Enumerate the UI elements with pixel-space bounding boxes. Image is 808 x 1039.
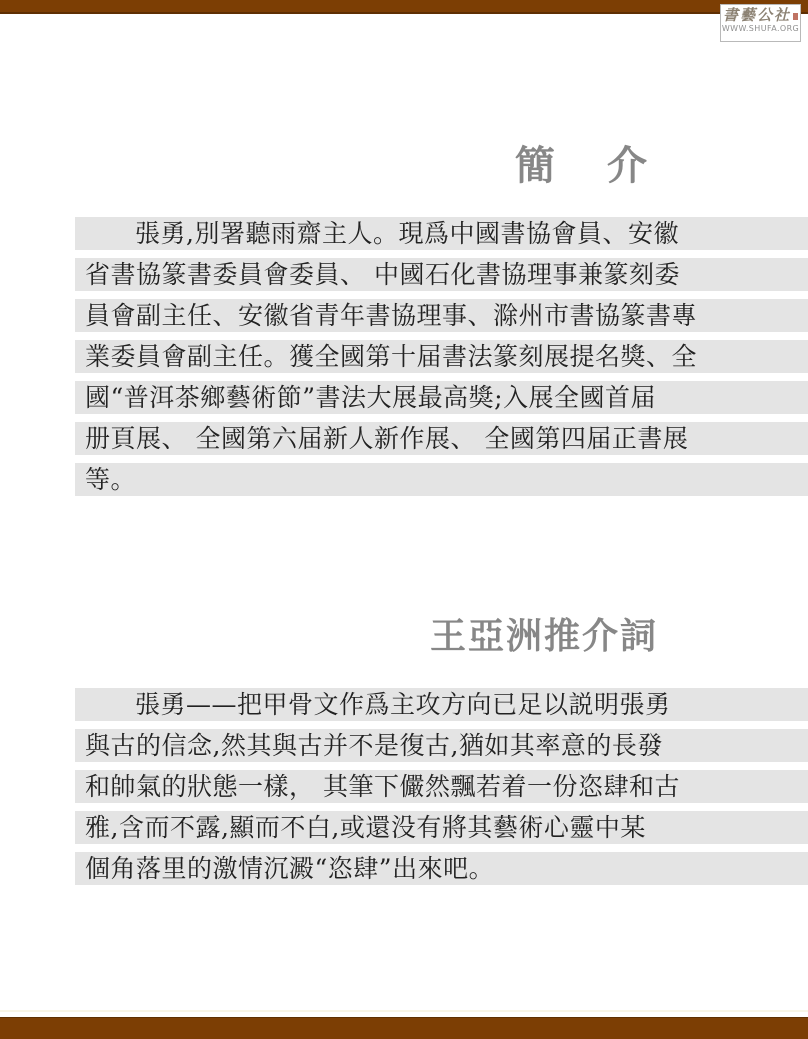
section-title-recommendation: 王亞洲推介詞 [430, 608, 658, 659]
text-line: 張勇,別署聽雨齋主人。現爲中國書協會員、安徽 [75, 217, 808, 250]
text-line: 與古的信念,然其與古并不是復古,猶如其率意的長發 [75, 729, 808, 762]
top-border [0, 0, 808, 14]
seal-icon [793, 13, 798, 20]
site-logo-text: 書藝公社 [723, 6, 791, 24]
intro-paragraph: 張勇,別署聽雨齋主人。現爲中國書協會員、安徽省書協篆書委員會委員、 中國石化書協… [75, 217, 808, 504]
text-line: 等。 [75, 463, 808, 496]
bottom-accent-line [0, 1010, 808, 1012]
recommendation-paragraph: 張勇——把甲骨文作爲主攻方向已足以説明張勇與古的信念,然其與古并不是復古,猶如其… [75, 688, 808, 893]
text-line: 册頁展、 全國第六届新人新作展、 全國第四届正書展 [75, 422, 808, 455]
site-logo-calligraphy: 書藝公社 [721, 6, 800, 24]
text-line: 業委員會副主任。獲全國第十届書法篆刻展提名獎、全 [75, 340, 808, 373]
text-line: 國“普洱茶鄉藝術節”書法大展最高獎;入展全國首届 [75, 381, 808, 414]
text-line: 雅,含而不露,顯而不白,或還没有將其藝術心靈中某 [75, 811, 808, 844]
bottom-border [0, 1017, 808, 1039]
text-line: 張勇——把甲骨文作爲主攻方向已足以説明張勇 [75, 688, 808, 721]
text-line: 和帥氣的狀態一樣， 其筆下儼然飄若着一份恣肆和古 [75, 770, 808, 803]
text-line: 個角落里的激情沉澱“恣肆”出來吧。 [75, 852, 808, 885]
text-line: 省書協篆書委員會委員、 中國石化書協理事兼篆刻委 [75, 258, 808, 291]
text-line: 員會副主任、安徽省青年書協理事、滁州市書協篆書專 [75, 299, 808, 332]
scanned-book-page: { "page": { "background": "#ffffff", "to… [0, 0, 808, 1039]
site-url: WWW.SHUFA.ORG [721, 24, 800, 34]
site-watermark: 書藝公社 WWW.SHUFA.ORG [720, 4, 801, 42]
section-title-intro: 簡 介 [515, 134, 653, 191]
